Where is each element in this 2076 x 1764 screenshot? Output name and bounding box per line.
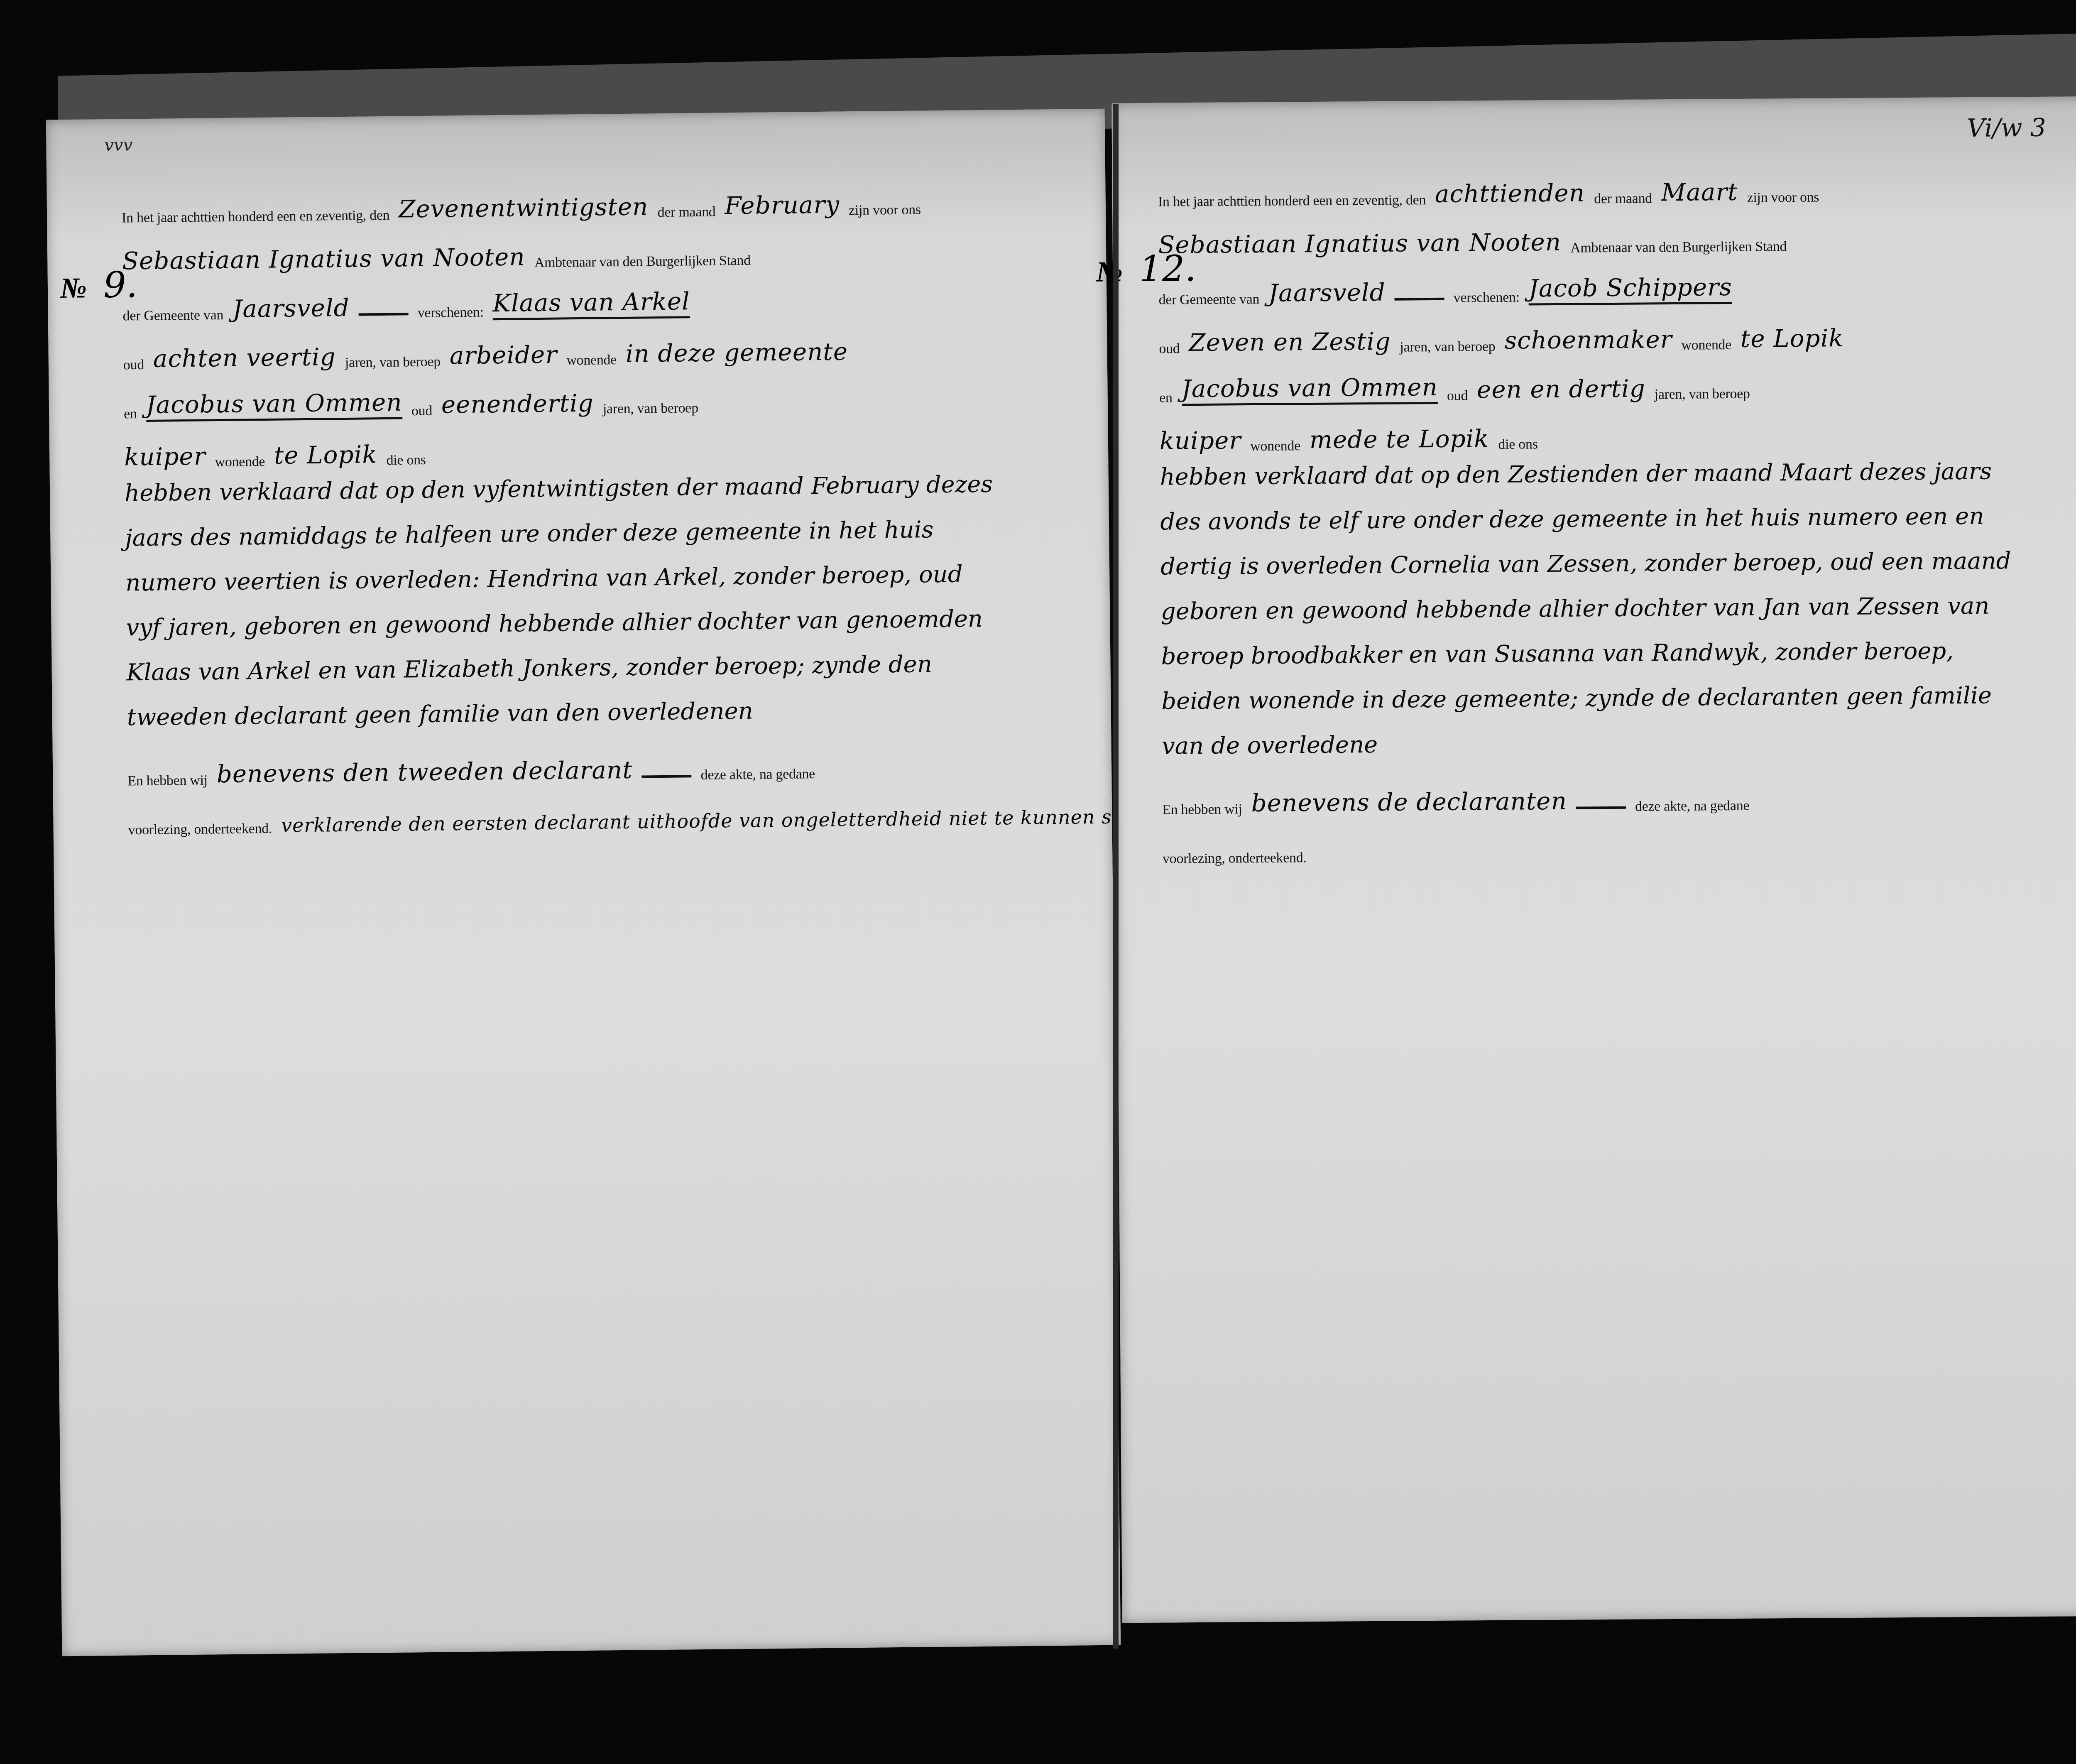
right-page: Vi/w 3 № 12. In het jaar achttien honder… bbox=[1111, 96, 2076, 1623]
left-page: vvv № 9. In het jaar achttien honderd ee… bbox=[46, 109, 1121, 1656]
declarant2-name: Jacobus van Ommen bbox=[1181, 373, 1438, 406]
day: Zevenentwintigsten bbox=[399, 192, 649, 223]
official-name: Sebastiaan Ignatius van Nooten bbox=[1158, 228, 1561, 259]
declarant2-name: Jacobus van Ommen bbox=[146, 388, 402, 422]
statement: hebben verklaard dat op den Zestienden d… bbox=[1160, 449, 2034, 769]
folio-mark: Vi/w 3 bbox=[1967, 113, 2046, 143]
day: achttienden bbox=[1435, 179, 1585, 208]
municipality: Jaarsveld bbox=[1268, 278, 1386, 307]
declarant1-name: Klaas van Arkel bbox=[492, 287, 690, 320]
declarant1-name: Jacob Schippers bbox=[1528, 273, 1732, 305]
month: Maart bbox=[1661, 178, 1738, 206]
statement: hebben verklaard dat op den vyfentwintig… bbox=[125, 462, 999, 740]
record-12: № 12. In het jaar achttien honderd een e… bbox=[1158, 155, 2055, 867]
official-name: Sebastiaan Ignatius van Nooten bbox=[122, 243, 525, 275]
book-spine bbox=[1113, 104, 1119, 1649]
record-9: № 9. In het jaar achttien honderd een en… bbox=[121, 168, 1021, 838]
corner-mark: vvv bbox=[104, 135, 132, 155]
month: February bbox=[725, 190, 840, 220]
municipality: Jaarsveld bbox=[233, 294, 350, 323]
